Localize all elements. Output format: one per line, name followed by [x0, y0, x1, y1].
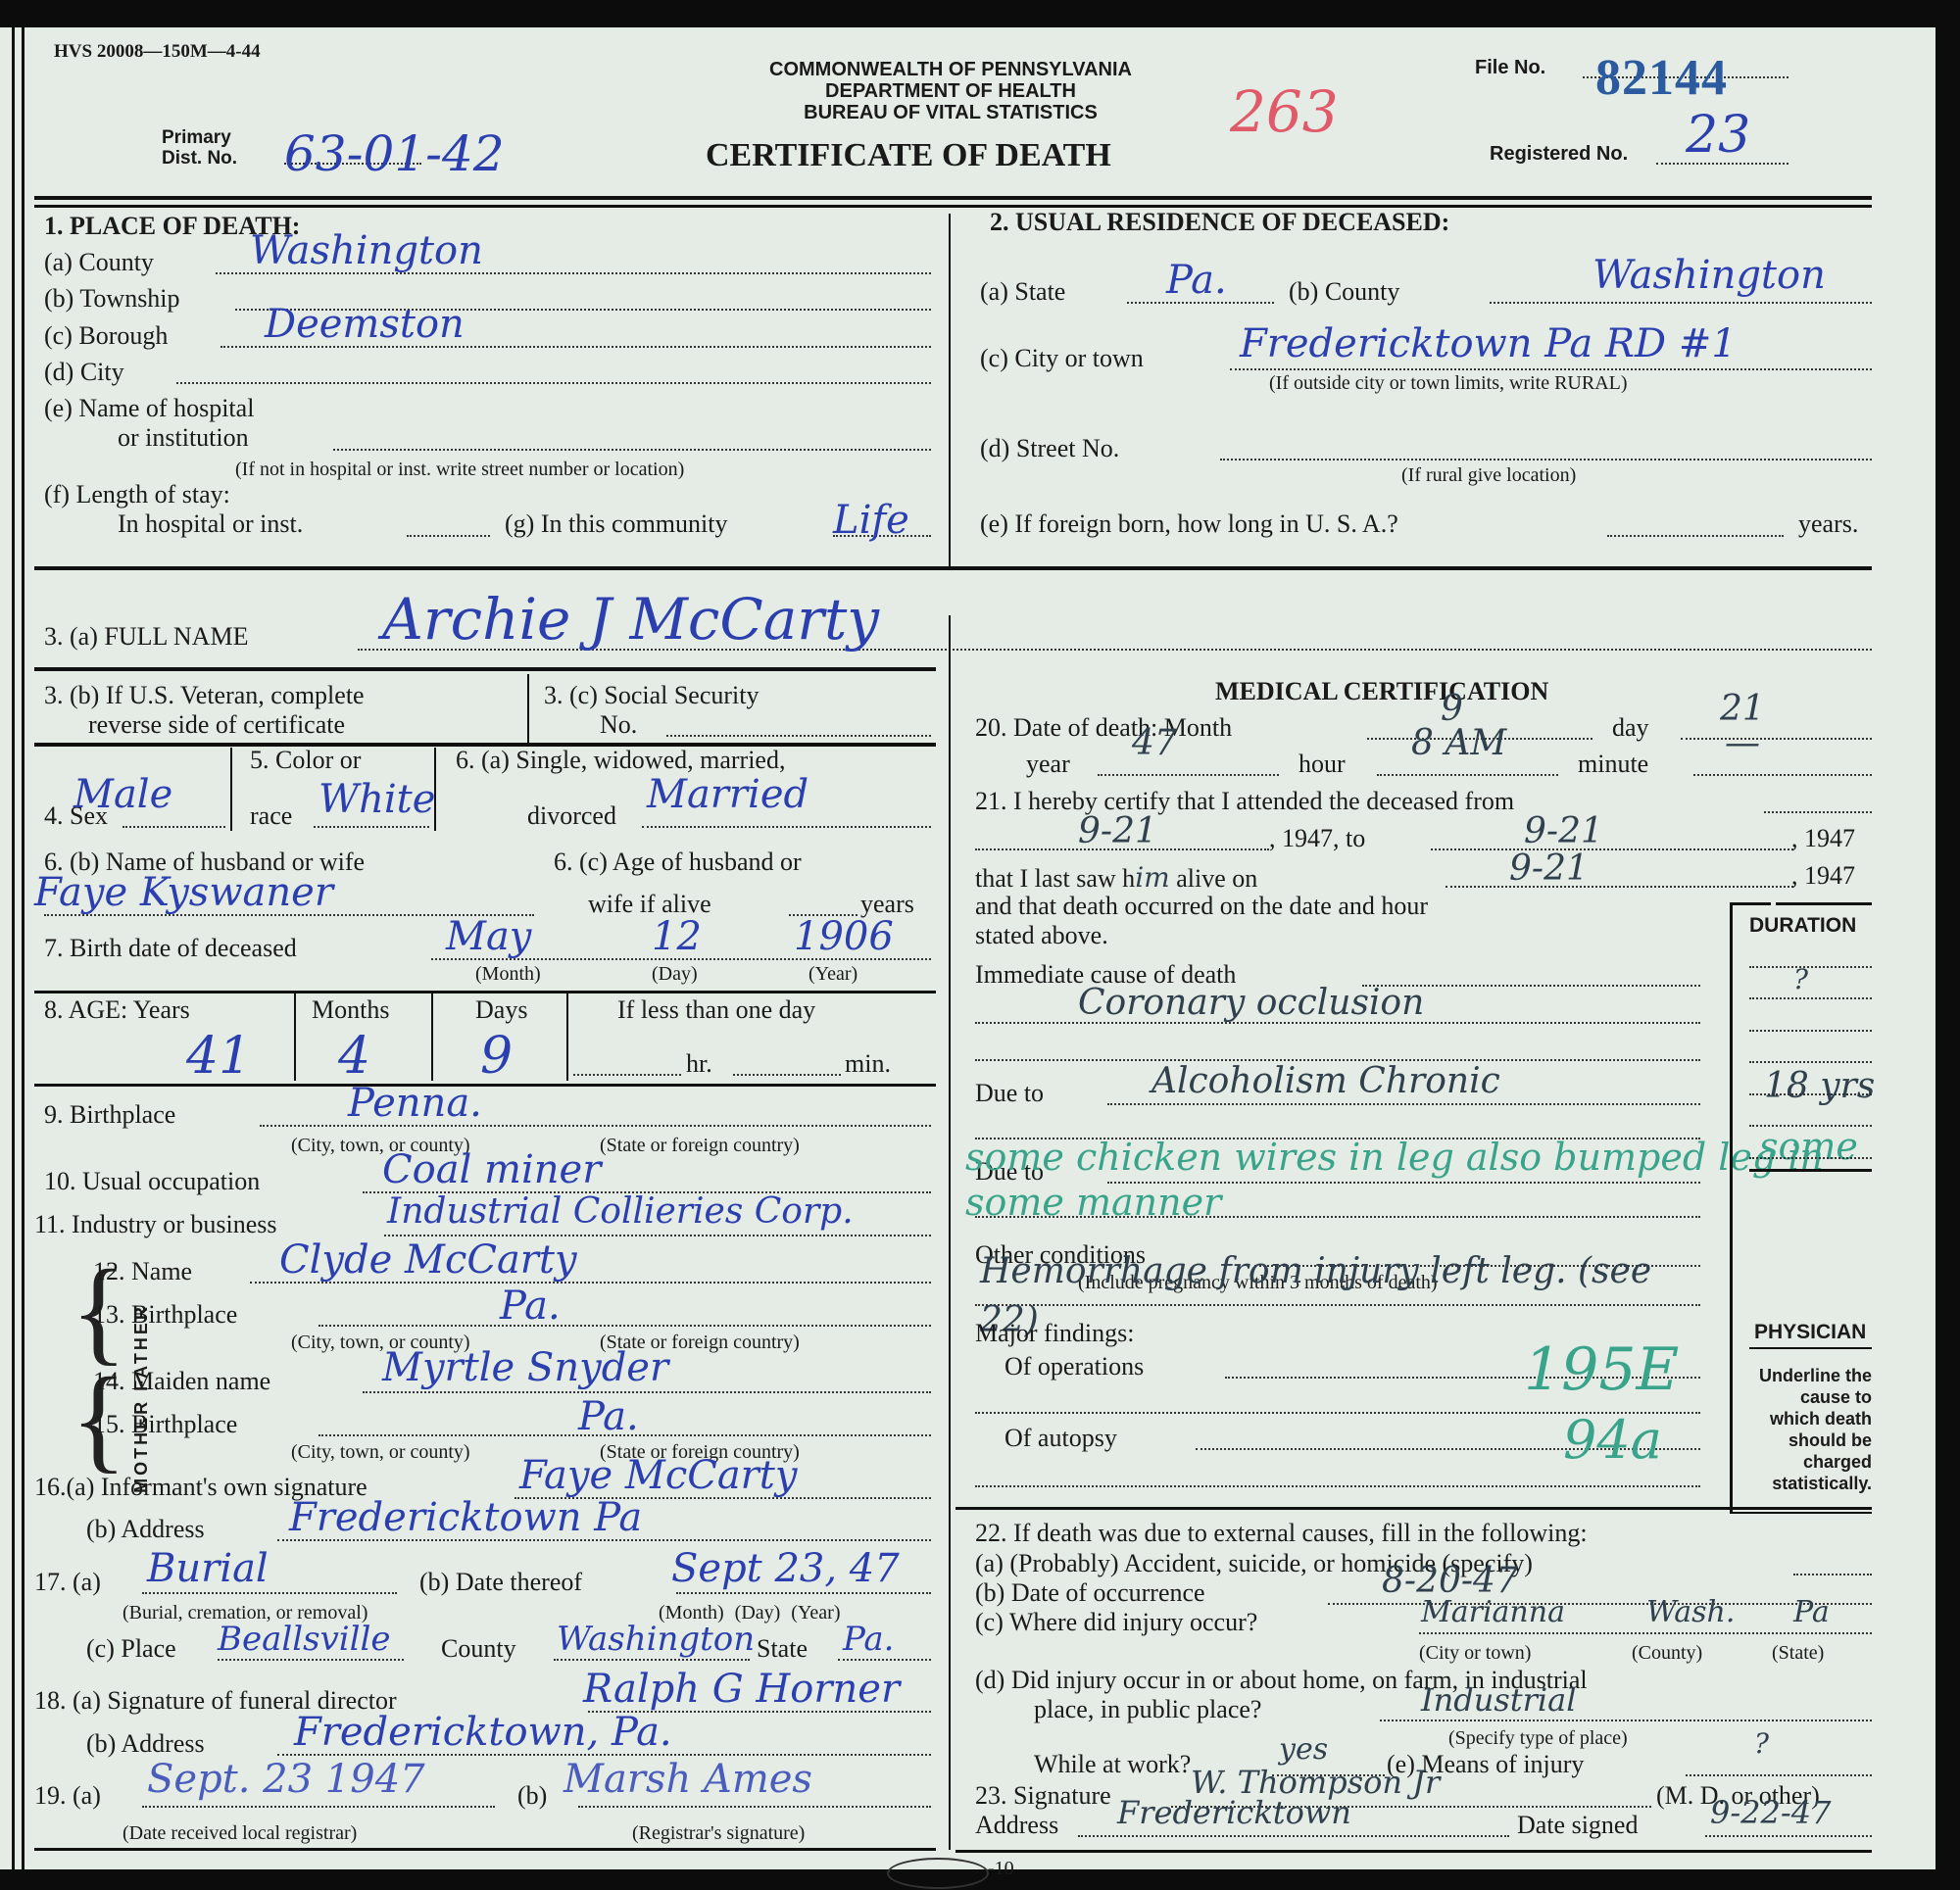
last-saw-year: , 1947	[1791, 861, 1855, 891]
birth-month-note: (Month)	[475, 963, 541, 986]
hr-label: hr.	[686, 1049, 712, 1079]
header-rule-1	[34, 196, 1872, 200]
county-label: (a) County	[44, 248, 154, 277]
registrar-date-value: Sept. 23 1947	[147, 1757, 425, 1802]
file-no-value: 82144	[1595, 49, 1728, 107]
duration-box-top-right	[1776, 902, 1872, 905]
color-label: 5. Color or	[250, 746, 361, 775]
marital-label-1: 6. (a) Single, widowed, married,	[456, 746, 785, 775]
father-name-label: 12. Name	[93, 1257, 192, 1286]
agency-line-3: BUREAU OF VITAL STATISTICS	[715, 102, 1186, 123]
due-to-line-1	[1107, 1103, 1700, 1105]
red-annotation: 263	[1230, 78, 1339, 145]
operations-label: Of operations	[1004, 1352, 1144, 1381]
burial-state-value: Pa.	[843, 1620, 894, 1659]
stay-label: (f) Length of stay:	[44, 480, 230, 509]
race-label: race	[250, 801, 292, 831]
veteran-label-1: 3. (b) If U.S. Veteran, complete	[44, 681, 365, 710]
burial-place-label: (c) Place	[86, 1634, 176, 1664]
age-months-label: Months	[312, 995, 389, 1025]
death-minute-line	[1693, 774, 1872, 776]
autopsy-label: Of autopsy	[1004, 1424, 1117, 1453]
city-line	[176, 382, 931, 384]
birth-rule	[34, 991, 936, 993]
age-days-value: 9	[480, 1027, 513, 1086]
while-at-work-value: yes	[1279, 1732, 1328, 1767]
signature-label: 23. Signature	[975, 1781, 1111, 1811]
res-county-line	[1490, 302, 1872, 304]
physician-heading: PHYSICIAN	[1754, 1321, 1866, 1344]
birthplace-label: 9. Birthplace	[44, 1100, 175, 1130]
last-saw-text: that I last saw h	[975, 864, 1135, 893]
burial-place-value: Beallsville	[218, 1620, 391, 1659]
ssn-line	[666, 735, 931, 737]
duration-box-border	[1730, 904, 1733, 1512]
city-label: (d) City	[44, 358, 124, 387]
registrar-sig-label: (b)	[517, 1781, 547, 1811]
disposition-label: 17. (a)	[34, 1568, 101, 1597]
res-state-value: Pa.	[1166, 258, 1227, 303]
last-saw-text-2: alive on	[1176, 864, 1257, 893]
disposition-date-label: (b) Date thereof	[419, 1568, 582, 1597]
header-rule-2	[34, 205, 1872, 208]
min-line	[733, 1074, 841, 1076]
burial-place-line	[218, 1659, 404, 1661]
occupation-value: Coal miner	[382, 1147, 601, 1192]
physician-address-value: Fredericktown	[1117, 1794, 1351, 1831]
min-label: min.	[845, 1049, 891, 1079]
hr-line	[573, 1074, 681, 1076]
burial-state-line	[838, 1659, 931, 1661]
burial-county-label: County	[441, 1634, 516, 1664]
death-day-label: day	[1612, 713, 1649, 743]
occurred-label-2: stated above.	[975, 921, 1108, 950]
age-lessday-label: If less than one day	[617, 995, 815, 1025]
veteran-label-2: reverse side of certificate	[88, 710, 345, 740]
right-bottom-rule	[955, 1850, 1872, 1853]
hospital-label-2: or institution	[118, 423, 249, 453]
left-border-inner	[22, 27, 24, 1869]
res-county-label: (b) County	[1289, 277, 1399, 307]
external-c-note-city: (City or town)	[1419, 1642, 1531, 1665]
birth-month-value: May	[446, 914, 531, 959]
duration-line-7	[1749, 1157, 1872, 1159]
marital-label-2: divorced	[527, 801, 616, 831]
physician-address-line	[1078, 1835, 1509, 1837]
external-c-city: Marianna	[1421, 1595, 1565, 1629]
left-border	[12, 27, 15, 1869]
agency-line-1: COMMONWEALTH OF PENNSYLVANIA	[715, 59, 1186, 80]
certificate-title: CERTIFICATE OF DEATH	[706, 137, 1111, 174]
registrar-signature: Marsh Ames	[563, 1757, 812, 1802]
death-year-line	[1098, 774, 1279, 776]
while-at-work-label: While at work?	[1034, 1750, 1191, 1779]
community-label: (g) In this community	[505, 509, 727, 539]
registrar-date-line	[142, 1806, 495, 1808]
res-city-note: (If outside city or town limits, write R…	[1269, 372, 1628, 395]
attended-to-year: , 1947	[1791, 824, 1855, 853]
autopsy-line-2	[975, 1485, 1700, 1487]
birth-date-label: 7. Birth date of deceased	[44, 934, 297, 963]
left-bottom-rule	[34, 1848, 936, 1851]
classification-code-2: 94a	[1563, 1409, 1662, 1471]
duration-value-3: some	[1759, 1125, 1858, 1168]
father-birthplace-label: 13. Birthplace	[93, 1300, 237, 1330]
external-c-note-county: (County)	[1632, 1642, 1702, 1665]
external-c-county: Wash.	[1646, 1595, 1735, 1629]
ssn-label-1: 3. (c) Social Security	[544, 681, 759, 710]
death-day-line	[1681, 738, 1872, 740]
major-findings-label: Major findings:	[975, 1319, 1135, 1348]
age-years-value: 41	[186, 1027, 251, 1086]
primary-dist-label: Primary Dist. No.	[162, 127, 237, 169]
duration-line-3	[1749, 1030, 1872, 1032]
section-divider	[949, 214, 951, 566]
mother-name-label: 14. Maiden name	[93, 1367, 270, 1396]
duration-line-5	[1749, 1093, 1872, 1095]
res-city-value: Fredericktown Pa RD #1	[1240, 321, 1737, 366]
due-to-label-1: Due to	[975, 1079, 1044, 1108]
external-heading: 22. If death was due to external causes,…	[975, 1519, 1588, 1548]
attended-label: 21. I hereby certify that I attended the…	[975, 787, 1514, 816]
birth-year-value: 1906	[794, 914, 894, 959]
age-years-label: 8. AGE: Years	[44, 995, 190, 1025]
informant-address-label: (b) Address	[86, 1515, 205, 1544]
dist-no-label: Dist. No.	[162, 148, 237, 169]
death-minute-label: minute	[1578, 750, 1648, 779]
last-saw-label: that I last saw him alive on	[975, 861, 1257, 894]
industry-value: Industrial Collieries Corp.	[387, 1191, 854, 1232]
primary-label: Primary	[162, 127, 237, 148]
disposition-date-value: Sept 23, 47	[671, 1546, 900, 1591]
hospital-label-1: (e) Name of hospital	[44, 394, 254, 423]
death-hour-label: hour	[1298, 750, 1346, 779]
death-hour-line	[1377, 774, 1558, 776]
attended-from-year: , 1947, to	[1269, 824, 1365, 853]
township-label: (b) Township	[44, 284, 180, 314]
external-a-line	[1793, 1574, 1872, 1575]
death-certificate: HVS 20008—150M—4-44 COMMONWEALTH OF PENN…	[0, 27, 1935, 1869]
sex-value: Male	[73, 772, 172, 817]
father-name-value: Clyde McCarty	[279, 1237, 577, 1283]
section-rule	[34, 566, 1872, 570]
physician-address-label: Address	[975, 1811, 1058, 1840]
mother-note-city: (City, town, or county)	[291, 1441, 470, 1464]
death-year-value: 47	[1132, 723, 1177, 763]
spouse-value: Faye Kyswaner	[34, 870, 333, 915]
hospital-line	[333, 449, 931, 451]
name-rule	[34, 667, 936, 671]
registrar-sig-note: (Registrar's signature)	[632, 1822, 805, 1845]
death-hour-value: 8 AM	[1411, 723, 1506, 763]
mother-father-label: MOTHER FATHER	[131, 1304, 152, 1493]
physician-rule	[1749, 1347, 1872, 1349]
borough-value: Deemston	[265, 302, 465, 347]
full-name-value: Archie J McCarty	[382, 586, 879, 653]
full-name-label-text: 3. (a) FULL NAME	[44, 622, 248, 651]
res-city-line	[1230, 368, 1872, 370]
age-months-value: 4	[338, 1027, 370, 1086]
birth-day-note: (Day)	[652, 963, 698, 986]
res-foreign-unit: years.	[1798, 509, 1858, 539]
mother-name-value: Myrtle Snyder	[382, 1345, 668, 1390]
burial-county-line	[554, 1659, 750, 1661]
physician-note: Underline the cause to which death shoul…	[1749, 1365, 1872, 1494]
res-county-value: Washington	[1592, 253, 1826, 298]
hospital-note: (If not in hospital or inst. write stree…	[235, 459, 684, 481]
external-c-label: (c) Where did injury occur?	[975, 1608, 1257, 1637]
mother-name-line	[363, 1391, 931, 1393]
industry-line	[384, 1235, 931, 1236]
external-d-line	[1380, 1720, 1872, 1721]
res-state-label: (a) State	[980, 277, 1065, 307]
age-days-label: Days	[475, 995, 527, 1025]
informant-address-value: Fredericktown Pa	[289, 1495, 642, 1540]
county-value: Washington	[250, 228, 483, 273]
ssn-label-2: No.	[600, 710, 637, 740]
registrar-date-note: (Date received local registrar)	[122, 1822, 357, 1845]
duration-line-2	[1749, 997, 1872, 999]
attended-from-value: 9-21	[1078, 811, 1157, 851]
form-code: HVS 20008—150M—4-44	[54, 41, 261, 63]
marital-line	[642, 826, 931, 828]
registrar-sig-line	[578, 1806, 931, 1808]
attended-to-line	[1431, 848, 1793, 850]
res-street-label: (d) Street No.	[980, 434, 1119, 463]
death-year-label: year	[1026, 750, 1070, 779]
informant-signature: Faye McCarty	[519, 1453, 797, 1498]
industry-label: 11. Industry or business	[34, 1210, 276, 1239]
disposition-value: Burial	[147, 1546, 269, 1591]
physician-box-bottom	[1730, 1512, 1872, 1514]
usual-residence-heading: 2. USUAL RESIDENCE OF DECEASED:	[990, 208, 1449, 237]
spouse-age-label-1: 6. (c) Age of husband or	[554, 848, 802, 877]
res-city-label: (c) City or town	[980, 344, 1144, 373]
stay-hospital-line	[407, 535, 490, 537]
file-no-label: File No.	[1475, 57, 1545, 79]
res-foreign-line	[1607, 535, 1784, 537]
registered-no-value: 23	[1686, 106, 1750, 165]
stay-hospital-label: In hospital or inst.	[118, 509, 303, 539]
marital-value: Married	[647, 772, 808, 817]
community-value: Life	[833, 498, 909, 543]
external-c-state: Pa	[1793, 1595, 1830, 1629]
attended-line	[1764, 811, 1872, 813]
duration-bottom-rule	[1749, 1169, 1872, 1172]
duration-value-1: ?	[1793, 963, 1808, 995]
death-minute-value: —	[1725, 723, 1760, 763]
union-mark-text: -10	[988, 1858, 1014, 1880]
last-saw-pronoun: im	[1135, 861, 1170, 894]
age-divider-2	[431, 993, 433, 1081]
sex-line	[122, 826, 225, 828]
age-rule	[34, 1084, 936, 1087]
registered-no-label: Registered No.	[1490, 143, 1628, 166]
date-signed-label: Date signed	[1517, 1811, 1638, 1840]
agency-block: COMMONWEALTH OF PENNSYLVANIA DEPARTMENT …	[715, 59, 1186, 123]
external-c-line	[1419, 1632, 1872, 1634]
column-divider	[949, 615, 951, 1850]
occurred-label-1: and that death occurred on the date and …	[975, 892, 1428, 921]
duration-line-4	[1749, 1061, 1872, 1063]
classification-code-1: 195E	[1524, 1335, 1679, 1404]
birth-day-value: 12	[652, 914, 702, 959]
age-divider-3	[566, 993, 568, 1081]
external-d-value: Industrial	[1421, 1681, 1576, 1719]
external-top-rule	[955, 1507, 1872, 1510]
external-d-label-2: place, in public place?	[1034, 1695, 1261, 1724]
res-foreign-label: (e) If foreign born, how long in U. S. A…	[980, 509, 1398, 539]
disposition-date-line	[676, 1592, 931, 1594]
race-line	[314, 826, 429, 828]
last-saw-line	[1445, 886, 1793, 888]
duration-heading: DURATION	[1749, 914, 1856, 938]
funeral-director-signature: Ralph G Horner	[583, 1667, 900, 1712]
union-label-icon	[887, 1858, 989, 1889]
last-saw-date: 9-21	[1509, 848, 1589, 889]
full-name-label: 3. (a) FULL NAME	[44, 622, 248, 652]
funeral-address-label: (b) Address	[86, 1729, 205, 1759]
funeral-address-value: Fredericktown, Pa.	[294, 1710, 672, 1755]
due-to-value-1: Alcoholism Chronic	[1151, 1061, 1500, 1101]
date-signed-line	[1705, 1835, 1872, 1837]
race-value: White	[318, 777, 435, 822]
father-birthplace-line	[318, 1325, 931, 1327]
disposition-line	[142, 1592, 397, 1594]
age-divider-1	[294, 993, 296, 1081]
primary-dist-value: 63-01-42	[284, 125, 505, 182]
immediate-cause-value: Coronary occlusion	[1078, 983, 1424, 1023]
res-street-note: (If rural give location)	[1401, 464, 1576, 487]
borough-label: (c) Borough	[44, 321, 168, 351]
burial-county-value: Washington	[557, 1620, 755, 1659]
agency-line-2: DEPARTMENT OF HEALTH	[715, 80, 1186, 102]
duration-value-2: 18 yrs	[1764, 1066, 1875, 1106]
father-birthplace-value: Pa.	[500, 1284, 561, 1329]
registrar-label: 19. (a)	[34, 1781, 101, 1811]
external-b-label: (b) Date of occurrence	[975, 1578, 1205, 1608]
death-month-label: 20. Date of death: Month	[975, 713, 1232, 743]
mother-birthplace-label: 15. Birthplace	[93, 1410, 237, 1439]
duration-box-top-left	[1730, 902, 1771, 905]
mother-birthplace-value: Pa.	[578, 1394, 639, 1439]
res-street-line	[1220, 459, 1872, 460]
means-value: ?	[1754, 1727, 1769, 1760]
external-c-note-state: (State)	[1772, 1642, 1824, 1665]
birthplace-value: Penna.	[348, 1081, 482, 1126]
burial-state-label: State	[757, 1634, 808, 1664]
medical-heading: MEDICAL CERTIFICATION	[1215, 677, 1548, 706]
birth-year-note: (Year)	[808, 963, 857, 986]
duration-line-1	[1749, 966, 1872, 968]
attended-to-value: 9-21	[1524, 811, 1603, 851]
date-signed-value: 9-22-47	[1710, 1794, 1831, 1831]
sex-divider	[230, 748, 232, 831]
occupation-label: 10. Usual occupation	[44, 1167, 260, 1196]
external-b-line	[1328, 1603, 1872, 1605]
external-d-note: (Specify type of place)	[1448, 1727, 1628, 1750]
veteran-divider	[527, 674, 529, 743]
means-line	[1686, 1774, 1872, 1776]
birthplace-note-state: (State or foreign country)	[600, 1135, 800, 1157]
